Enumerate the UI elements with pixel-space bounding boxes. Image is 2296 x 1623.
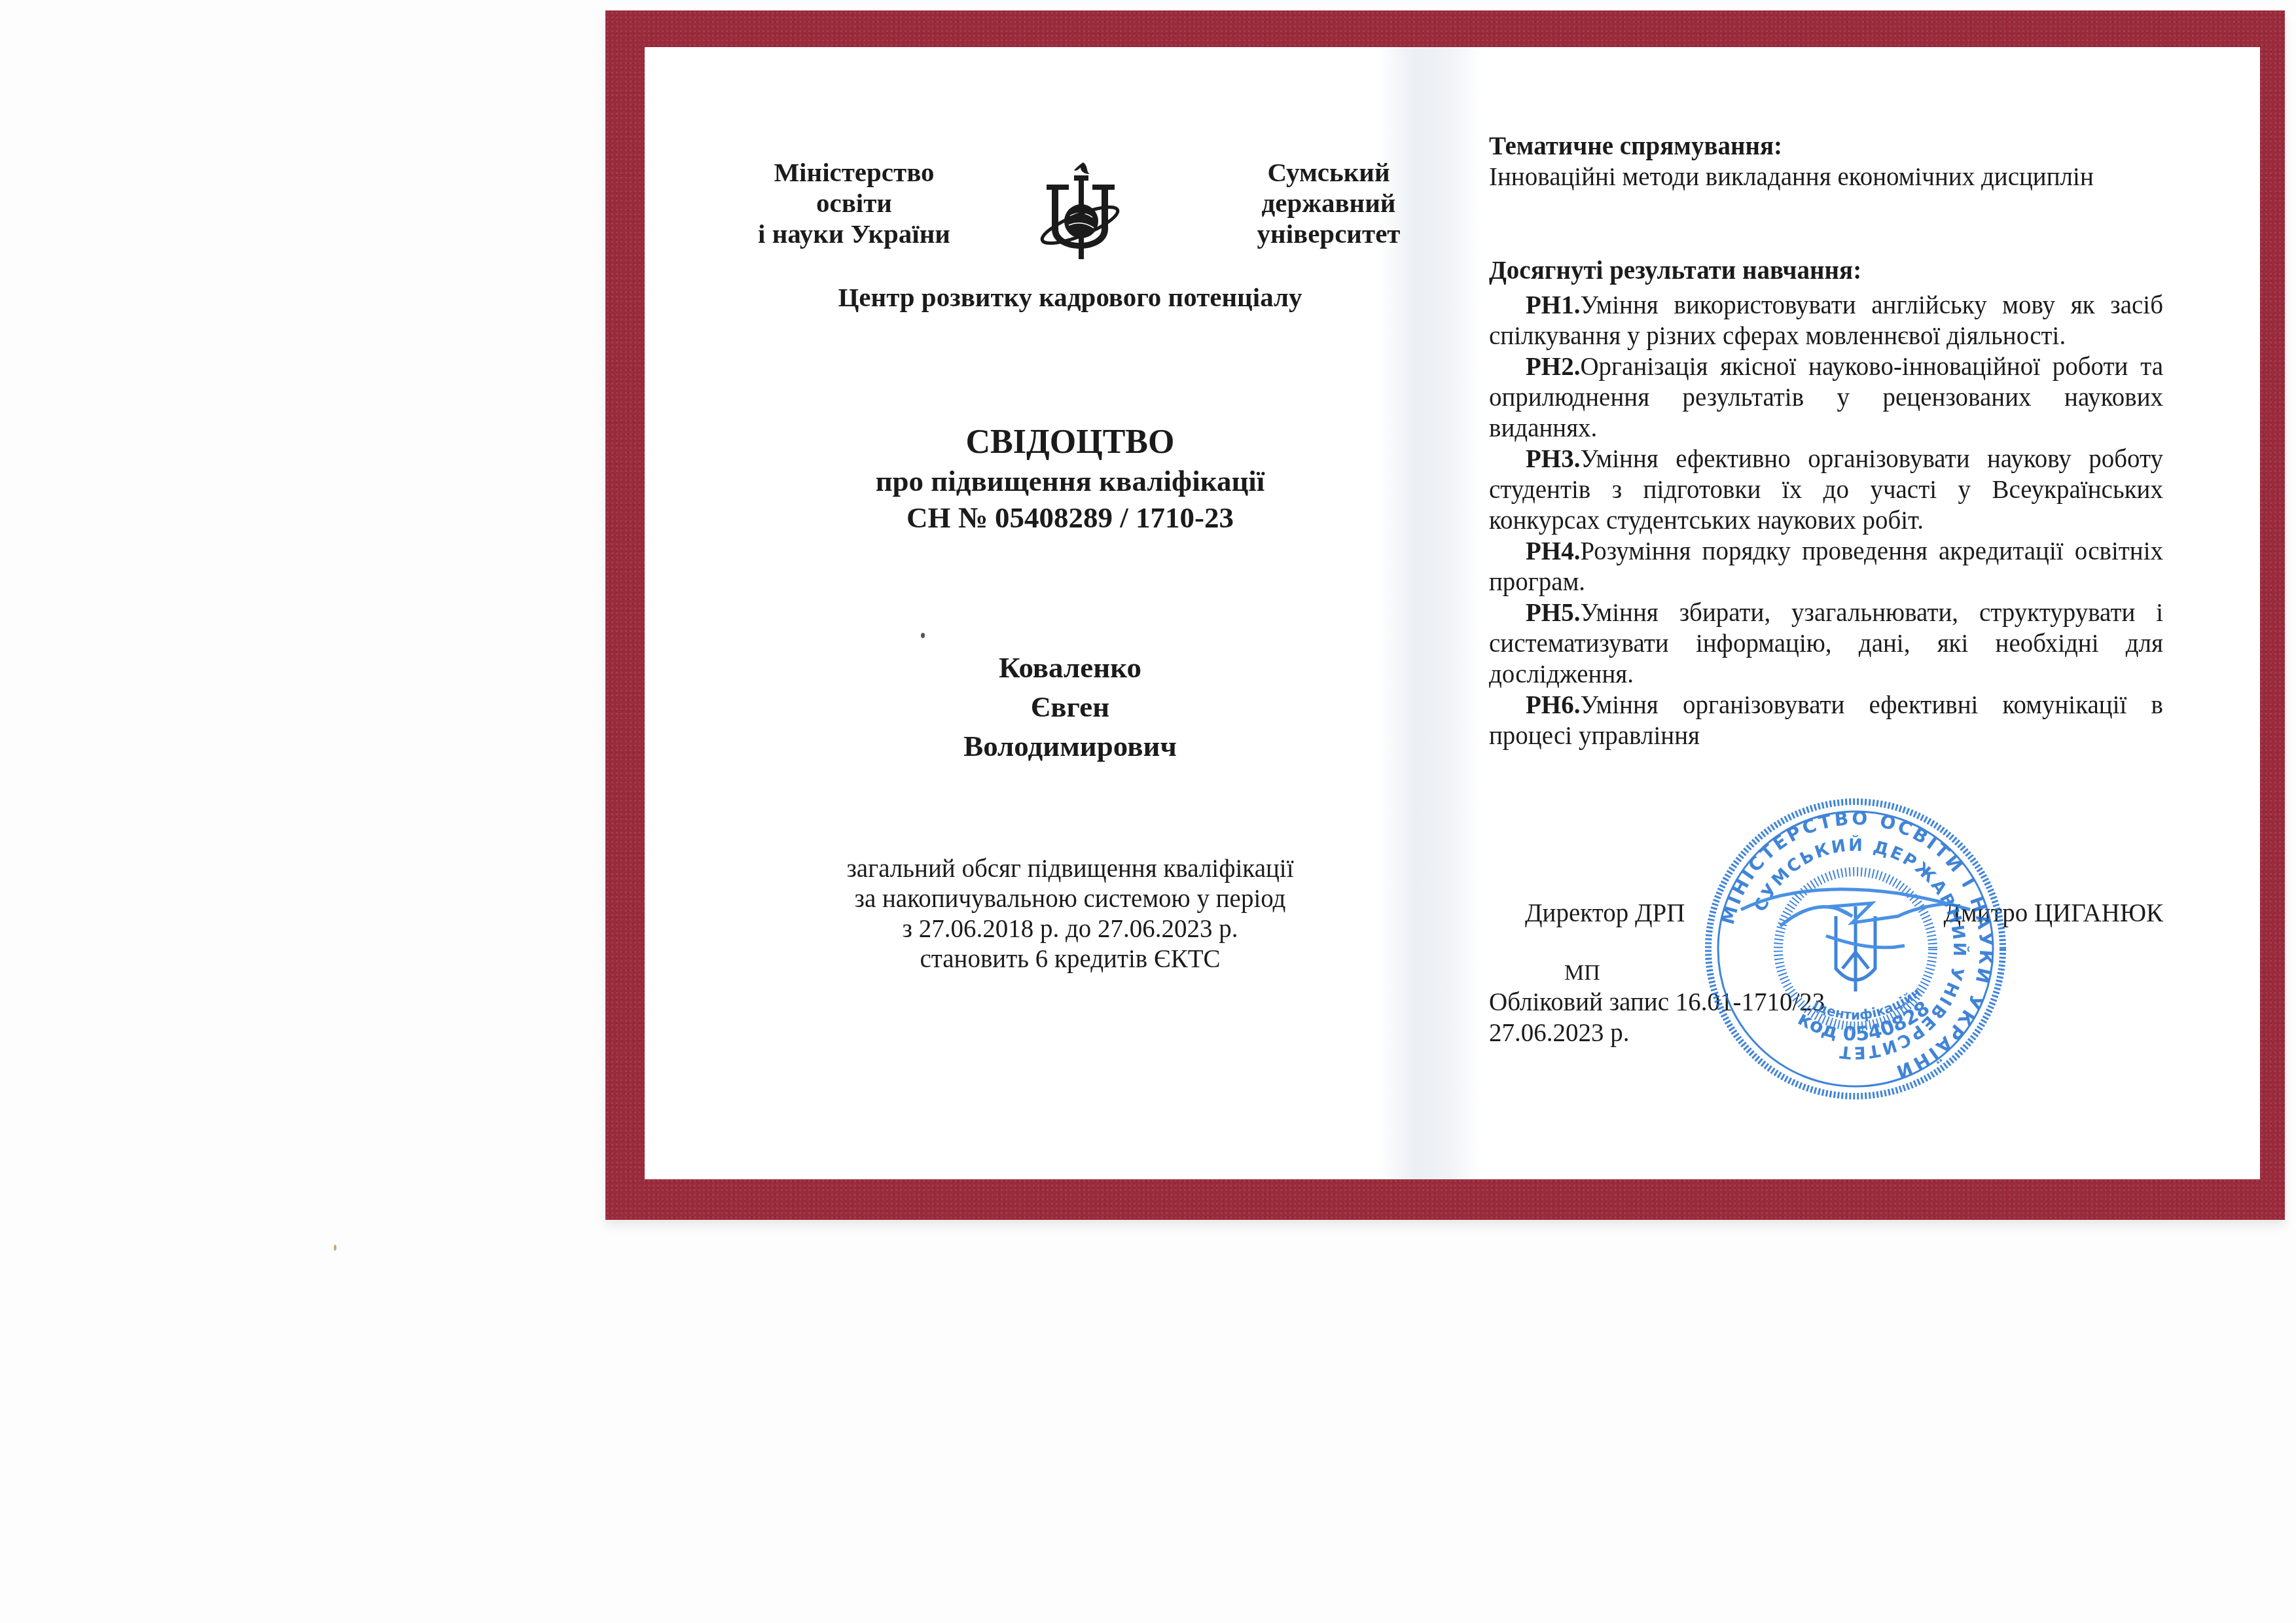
dust-speck	[334, 1245, 336, 1251]
outcome-item: РН6.Уміння організовувати ефективні кому…	[1489, 690, 2163, 751]
sumdu-logo-icon	[1037, 157, 1122, 265]
outcome-item: РН4.Розуміння порядку проведення акредит…	[1489, 536, 2163, 597]
outcome-code: РН6.	[1526, 691, 1580, 719]
outcome-code: РН2.	[1526, 353, 1580, 381]
university-line: університет	[1211, 219, 1446, 249]
certificate-title: СВІДОЦТВО	[759, 422, 1381, 463]
ministry-line: і науки України	[733, 219, 975, 249]
holder-patronymic: Володимирович	[808, 726, 1332, 766]
outcome-text: Організація якісної науково-інноваційної…	[1489, 353, 2163, 442]
outcome-code: РН1.	[1526, 291, 1580, 319]
outcome-text: Розуміння порядку проведення акредитації…	[1489, 537, 2163, 596]
outcome-text: Уміння ефективно організовувати наукову …	[1489, 445, 2163, 535]
center-name: Центр розвитку кадрового потенціалу	[772, 281, 1368, 313]
ministry-line: освіти	[733, 188, 975, 219]
outcome-item: РН2.Організація якісної науково-інноваці…	[1489, 351, 2163, 444]
summary-line: загальний обсяг підвищення кваліфікації	[759, 854, 1381, 884]
outcome-item: РН5.Уміння збирати, узагальнювати, струк…	[1489, 597, 2163, 690]
ministry-name: Міністерство освіти і науки України	[733, 157, 975, 249]
signatory-title: Директор ДРП	[1525, 899, 1685, 928]
theme-value: Інноваційні методи викладання економічни…	[1489, 162, 2163, 192]
theme-heading: Тематичне спрямування:	[1489, 131, 2163, 162]
university-line: державний	[1211, 188, 1446, 219]
university-name: Сумський державний університет	[1211, 157, 1446, 249]
outcome-text: Уміння організовувати ефективні комуніка…	[1489, 691, 2163, 750]
ink-speck	[921, 633, 925, 638]
outcome-code: РН4.	[1526, 537, 1580, 565]
certificate-title-block: СВІДОЦТВО про підвищення кваліфікації СН…	[759, 422, 1381, 536]
summary-line: з 27.06.2018 р. до 27.06.2023 р.	[759, 914, 1381, 944]
ministry-line: Міністерство	[733, 157, 975, 188]
outcome-text: Уміння використовувати англійську мову я…	[1489, 291, 2163, 350]
results-heading: Досягнуті результати навчання:	[1489, 255, 2163, 286]
outcome-text: Уміння збирати, узагальнювати, структуру…	[1489, 599, 2163, 688]
holder-name: Коваленко Євген Володимирович	[808, 648, 1332, 766]
official-stamp-icon: МІНІСТЕРСТВО ОСВІТИ І НАУКИ УКРАЇНИ СУМС…	[1702, 795, 2009, 1103]
holder-first-name: Євген	[808, 687, 1332, 726]
seal-label: МП	[1564, 961, 1600, 986]
certificate-subtitle: про підвищення кваліфікації	[759, 463, 1381, 499]
results-section: Досягнуті результати навчання: РН1.Умінн…	[1489, 255, 2163, 751]
outcome-code: РН3.	[1526, 445, 1580, 473]
certificate-number: СН № 05408289 / 1710-23	[759, 499, 1381, 536]
university-line: Сумський	[1211, 157, 1446, 188]
outcome-code: РН5.	[1526, 599, 1580, 627]
outcome-item: РН3.Уміння ефективно організовувати наук…	[1489, 444, 2163, 536]
holder-surname: Коваленко	[808, 648, 1332, 687]
outcome-item: РН1.Уміння використовувати англійську мо…	[1489, 290, 2163, 351]
credits-summary: загальний обсяг підвищення кваліфікації …	[759, 854, 1381, 974]
summary-line: становить 6 кредитів ЄКТС	[759, 944, 1381, 974]
theme-section: Тематичне спрямування: Інноваційні метод…	[1489, 131, 2163, 192]
summary-line: за накопичувальною системою у період	[759, 884, 1381, 914]
